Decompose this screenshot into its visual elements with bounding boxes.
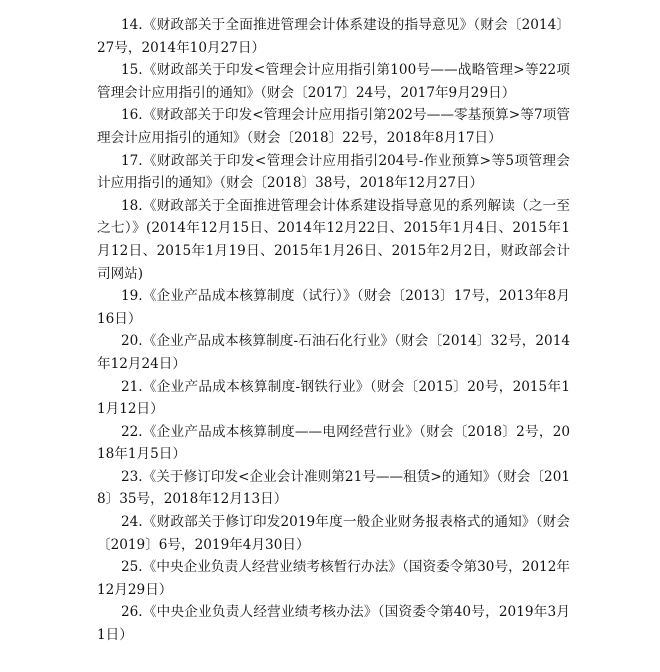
reference-text: 《财政部关于印发<管理会计应用指引204号-作业预算>等5项管理会计应用指引的通… [97, 153, 570, 192]
reference-text: 《企业产品成本核算制度——电网经营行业》（财会〔2018〕2号，2018年1月5… [97, 424, 570, 463]
reference-list: 14.《财政部关于全面推进管理会计体系建设的指导意见》（财会〔2014〕27号，… [97, 14, 570, 647]
reference-number: 22. [121, 424, 143, 440]
reference-number: 14. [121, 17, 143, 33]
reference-text: 《中央企业负责人经营业绩考核暂行办法》（国资委令第30号，2012年12月29日… [97, 559, 570, 598]
reference-item-22: 22.《企业产品成本核算制度——电网经营行业》（财会〔2018〕2号，2018年… [97, 421, 570, 466]
reference-number: 25. [121, 559, 143, 575]
reference-item-17: 17.《财政部关于印发<管理会计应用指引204号-作业预算>等5项管理会计应用指… [97, 150, 570, 195]
reference-number: 17. [121, 153, 143, 169]
reference-text: 《企业产品成本核算制度-石油石化行业》（财会〔2014〕32号，2014年12月… [97, 333, 570, 372]
reference-text: 《财政部关于全面推进管理会计体系建设的指导意见》（财会〔2014〕27号，201… [97, 17, 570, 56]
reference-item-24: 24.《财政部关于修订印发2019年度一般企业财务报表格式的通知》（财会〔201… [97, 511, 570, 556]
reference-text: 《企业产品成本核算制度（试行）》（财会〔2013〕17号，2013年8月16日） [97, 288, 570, 327]
reference-number: 21. [121, 379, 143, 395]
reference-number: 16. [121, 107, 143, 123]
reference-item-14: 14.《财政部关于全面推进管理会计体系建设的指导意见》（财会〔2014〕27号，… [97, 14, 570, 59]
reference-number: 19. [121, 288, 143, 304]
reference-item-15: 15.《财政部关于印发<管理会计应用指引第100号——战略管理>等22项管理会计… [97, 59, 570, 104]
reference-text: 《中央企业负责人经营业绩考核办法》（国资委令第40号，2019年3月1日） [97, 604, 570, 643]
reference-text: 《财政部关于全面推进管理会计体系建设指导意见的系列解读（之一至之七）》(2014… [97, 198, 570, 282]
reference-text: 《关于修订印发<企业会计准则第21号——租赁>的通知》（财会〔2018〕35号，… [97, 469, 570, 508]
reference-number: 20. [121, 333, 143, 349]
reference-number: 18. [121, 198, 143, 214]
reference-item-26: 26.《中央企业负责人经营业绩考核办法》（国资委令第40号，2019年3月1日） [97, 601, 570, 646]
reference-item-23: 23.《关于修订印发<企业会计准则第21号——租赁>的通知》（财会〔2018〕3… [97, 466, 570, 511]
reference-number: 15. [121, 62, 143, 78]
reference-text: 《财政部关于修订印发2019年度一般企业财务报表格式的通知》（财会〔2019〕6… [97, 514, 570, 553]
reference-text: 《财政部关于印发<管理会计应用指引第202号——零基预算>等7项管理会计应用指引… [97, 107, 570, 146]
reference-item-25: 25.《中央企业负责人经营业绩考核暂行办法》（国资委令第30号，2012年12月… [97, 556, 570, 601]
reference-number: 24. [121, 514, 143, 530]
reference-number: 23. [121, 469, 143, 485]
reference-number: 26. [121, 604, 143, 620]
reference-item-16: 16.《财政部关于印发<管理会计应用指引第202号——零基预算>等7项管理会计应… [97, 104, 570, 149]
reference-item-18: 18.《财政部关于全面推进管理会计体系建设指导意见的系列解读（之一至之七）》(2… [97, 195, 570, 285]
reference-item-19: 19.《企业产品成本核算制度（试行）》（财会〔2013〕17号，2013年8月1… [97, 285, 570, 330]
reference-item-21: 21.《企业产品成本核算制度-钢铁行业》（财会〔2015〕20号，2015年11… [97, 376, 570, 421]
reference-text: 《企业产品成本核算制度-钢铁行业》（财会〔2015〕20号，2015年11月12… [97, 379, 570, 418]
reference-item-20: 20.《企业产品成本核算制度-石油石化行业》（财会〔2014〕32号，2014年… [97, 330, 570, 375]
reference-text: 《财政部关于印发<管理会计应用指引第100号——战略管理>等22项管理会计应用指… [97, 62, 570, 101]
